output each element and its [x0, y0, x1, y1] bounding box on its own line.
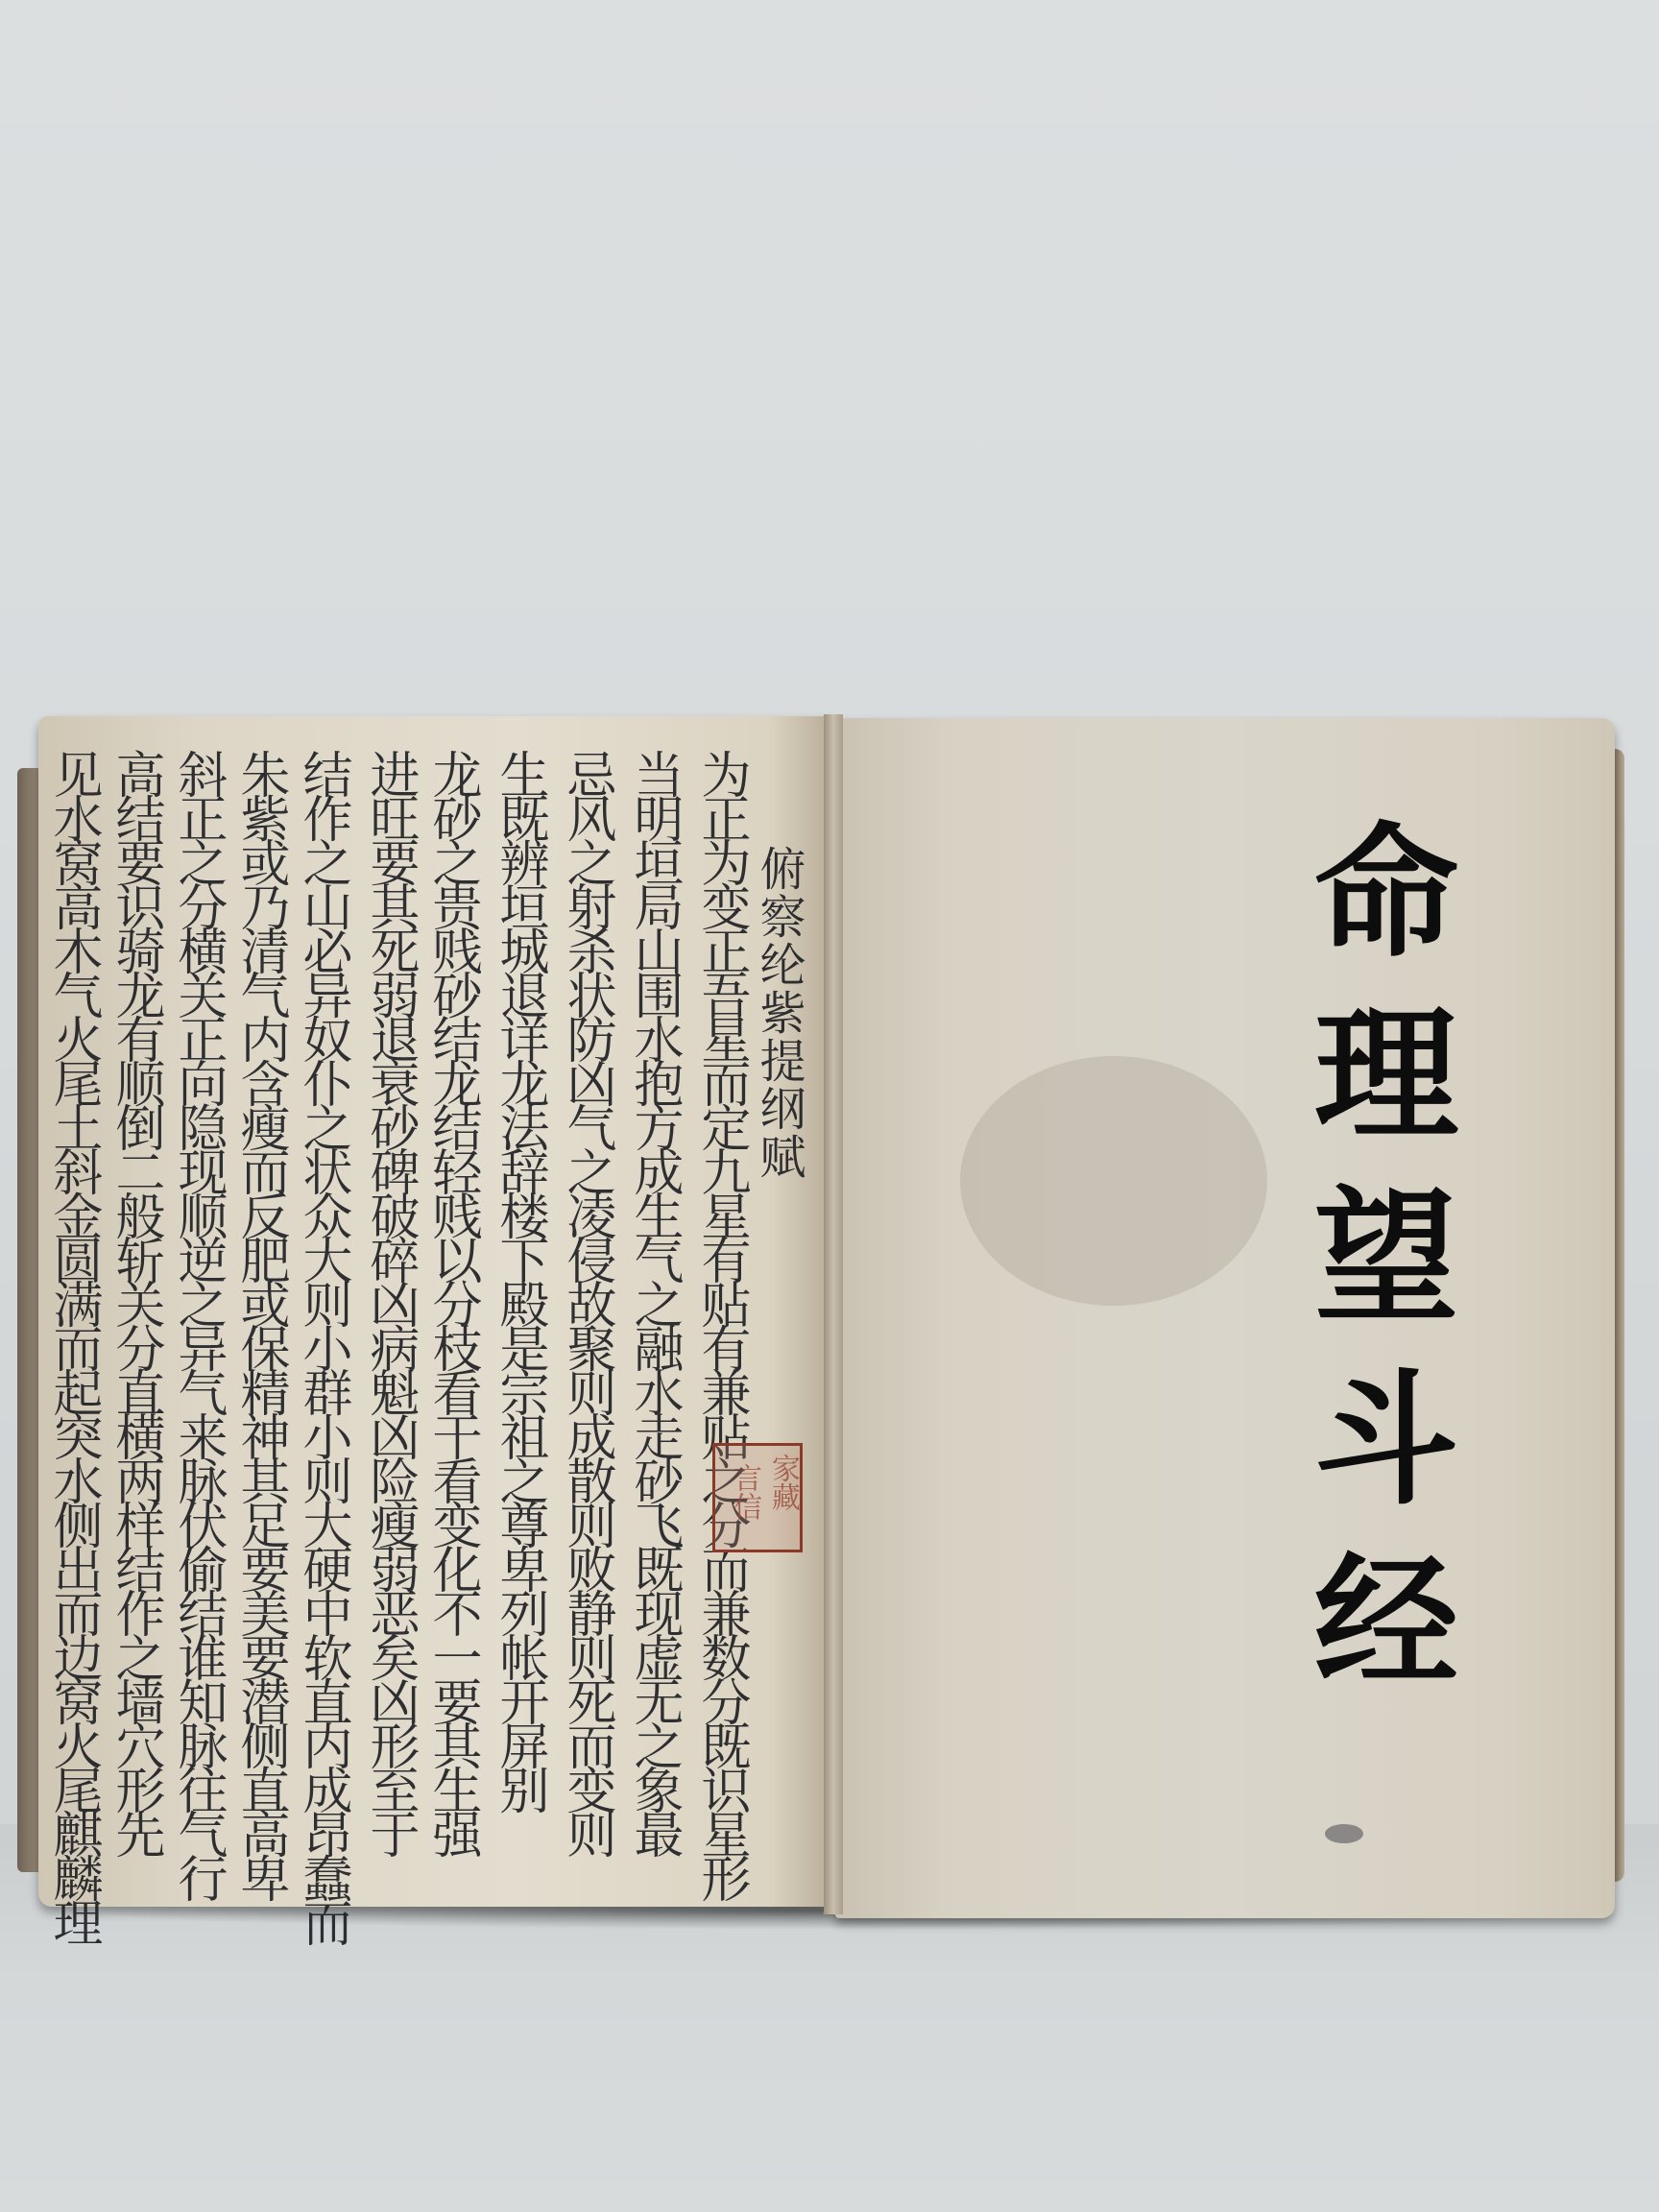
- text-column-10: 高结要识骑龙有顺倒二般斩关分直横两样结作之墙穴形先: [106, 749, 165, 1853]
- text-column-8: 朱紫或乃清气内含瘦而反肥或保精神其足要美要潜侧直高卑: [230, 749, 290, 1897]
- book-title: 命理望斗经: [1258, 816, 1488, 1728]
- right-page: [835, 718, 1615, 1918]
- seal-text-right: 家藏: [761, 1454, 804, 1511]
- text-column-9: 斜正之分横关正向隐现顺逆之异气来脉伏偷结谁知脉往气行: [168, 749, 228, 1897]
- text-column-5: 龙砂之贵贱砂结龙结轻贱以分枝看干看变化不一要其生强: [422, 749, 482, 1853]
- text-column-7: 结作之山必异奴仆之状众大则小群小则大硬中软直内成昂蠢而: [293, 749, 352, 1941]
- section-heading: 俯察纶紫提纲赋: [749, 845, 808, 1181]
- text-column-2: 当明垣局山围水抱方成生气之融水走砂飞既现虚无之象最: [624, 749, 684, 1853]
- text-column-6: 进旺要其死弱退衰砂碑破碎凶病魁凶险瘦弱恶矣凶形至于: [360, 749, 420, 1853]
- red-seal-stamp: 家藏 言信: [712, 1443, 803, 1552]
- seal-text-left: 言信: [723, 1463, 765, 1521]
- text-column-1: 为正为变正吾星而定九星有贴有兼贴之分而兼数分既识星形: [691, 749, 751, 1897]
- text-column-3: 忌风之射杀状防凶气之凌侵故聚则成散则败静则死而变则: [557, 749, 616, 1853]
- text-column-11: 见水窝高木气火尾土斜金圆满而起突水侧出而边窝火尾麒麟理: [43, 749, 103, 1941]
- book-gutter: [824, 714, 843, 1914]
- ink-blot: [1325, 1824, 1363, 1843]
- text-column-4: 生既辨垣城退详龙法辞楼下殿是宗祖之尊卑列帐开屏别: [490, 749, 549, 1809]
- paper-stain: [960, 1056, 1267, 1306]
